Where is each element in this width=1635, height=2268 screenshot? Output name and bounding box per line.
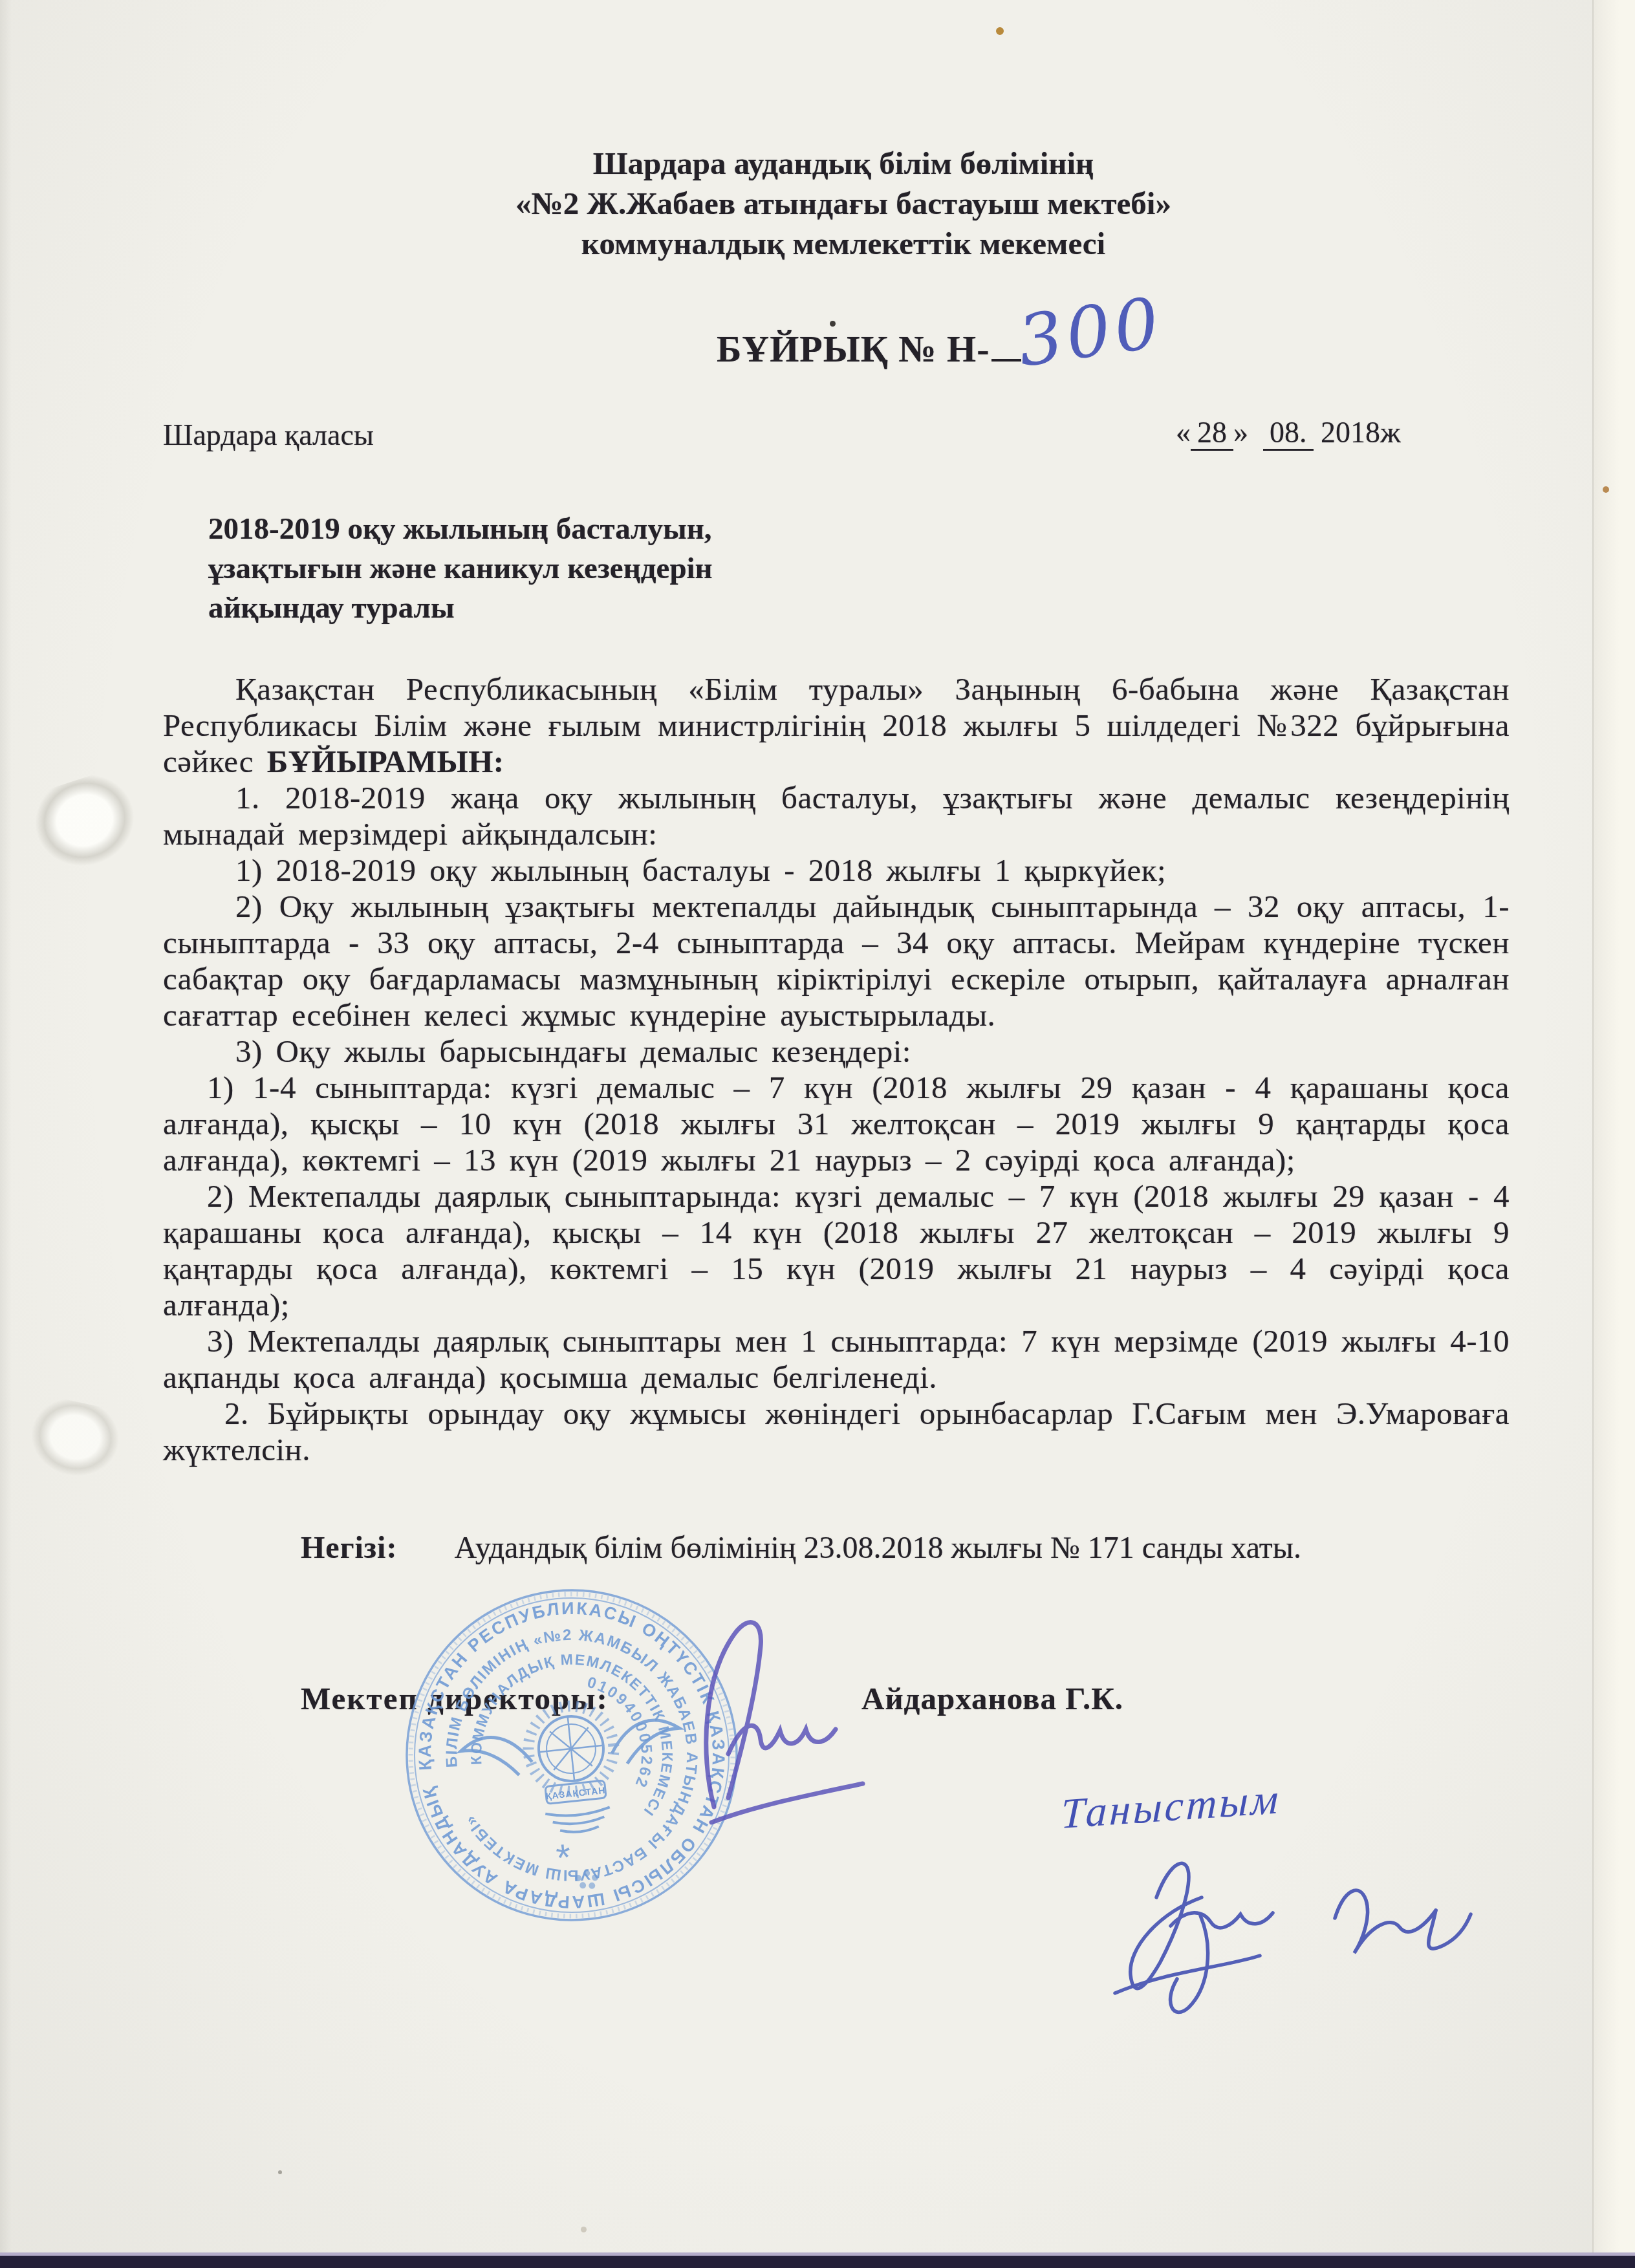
- subject-line1: 2018-2019 оқу жылының басталуын,: [208, 510, 855, 549]
- acknowledgement-note: Таныстым: [1060, 1775, 1281, 1839]
- body-paragraph: 1) 1-4 сыныптарда: күзгі демалыс – 7 күн…: [163, 1070, 1510, 1178]
- scan-bottom-edge: [0, 2252, 1635, 2268]
- intro-decree-word: БҰЙЫРАМЫН:: [267, 744, 504, 779]
- paper-speck: [830, 321, 836, 327]
- order-title: БҰЙРЫҚ № Н-: [717, 327, 1021, 371]
- director-name: Айдарханова Г.К.: [861, 1680, 1123, 1717]
- paper-speck: [581, 2227, 587, 2232]
- basis-label: Негізі:: [301, 1531, 397, 1565]
- ack-signature-2-loops: [1335, 1890, 1436, 1953]
- basis-row: Негізі:Аудандық білім бөлімінің 23.08.20…: [301, 1530, 1301, 1566]
- ack-signature-2-tail: [1429, 1910, 1471, 1949]
- date-day: 28: [1191, 416, 1233, 451]
- order-number-text: 300: [1013, 290, 1167, 383]
- city-label: Шардара қаласы: [163, 418, 374, 452]
- ack-signature-1-wave: [1171, 1913, 1273, 1928]
- body-paragraph: 3) Оқу жылы барысындағы демалыс кезеңдер…: [163, 1033, 1510, 1070]
- paper-speck: [1603, 486, 1609, 493]
- emblem-pedestal-lines: [545, 1807, 612, 1835]
- subject-line3: айқындау туралы: [208, 589, 855, 628]
- org-header: Шардара аудандық білім бөлімінің «№2 Ж.Ж…: [26, 144, 1635, 264]
- date-year: 2018ж: [1321, 416, 1401, 449]
- body-paragraph: 2) Мектепалды даярлық сыныптарында: күзг…: [163, 1178, 1510, 1323]
- body-paragraph: 1) 2018-2019 оқу жылының басталуы - 2018…: [163, 852, 1510, 889]
- paper-wrinkle: [19, 1393, 130, 1489]
- subject-line2: ұзақтығын және каникул кезеңдерін: [208, 549, 855, 589]
- date-quote-close: »: [1233, 416, 1248, 449]
- scanned-document-page: Шардара аудандық білім бөлімінің «№2 Ж.Ж…: [0, 0, 1635, 2268]
- signature-main-loop: [706, 1623, 761, 1807]
- org-name-line2: «№2 Ж.Жабаев атындағы бастауыш мектебі»: [26, 184, 1635, 224]
- date-field: «28» 08. 2018ж: [1176, 415, 1401, 449]
- paper-speck: [996, 27, 1004, 35]
- paper-wrinkle: [20, 764, 153, 885]
- body-paragraph: 2. Бұйрықты орындау оқу жұмысы жөніндегі…: [163, 1396, 1510, 1468]
- order-body: Қазақстан Республикасының «Білім туралы»…: [163, 671, 1510, 1468]
- acknowledgement-signatures: [1074, 1835, 1488, 2029]
- body-paragraph: 3) Мектепалды даярлық сыныптары мен 1 сы…: [163, 1323, 1510, 1396]
- body-paragraph: 2) Оқу жылының ұзақтығы мектепалды дайын…: [163, 889, 1510, 1033]
- paper-speck: [278, 2170, 282, 2174]
- order-number-handwritten: 300: [1013, 290, 1181, 393]
- org-name-line3: коммуналдық мемлекеттік мекемесі: [26, 224, 1635, 264]
- order-title-text: БҰЙРЫҚ № Н-: [717, 328, 990, 370]
- scan-right-edge: [1592, 0, 1635, 2268]
- director-signature: [652, 1592, 898, 1838]
- date-month: 08.: [1263, 416, 1314, 451]
- date-quote-open: «: [1176, 416, 1191, 449]
- order-subject: 2018-2019 оқу жылының басталуын, ұзақтығ…: [208, 510, 855, 628]
- org-name-line1: Шардара аудандық білім бөлімінің: [26, 144, 1635, 184]
- basis-text: Аудандық білім бөлімінің 23.08.2018 жылғ…: [454, 1531, 1301, 1565]
- body-paragraph-intro: Қазақстан Республикасының «Білім туралы»…: [163, 671, 1510, 780]
- body-paragraph: 1. 2018-2019 жаңа оқу жылының басталуы, …: [163, 780, 1510, 852]
- signature-flourish: [711, 1784, 863, 1822]
